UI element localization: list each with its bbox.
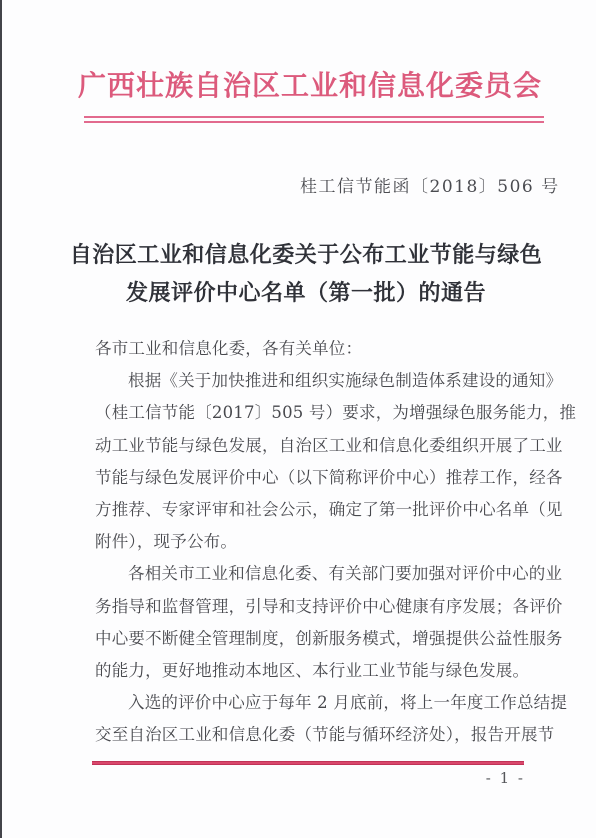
body-line: 各相关市工业和信息化委、有关部门要加强对评价中心的业 xyxy=(95,558,547,590)
scanned-official-document-page: 广西壮族自治区工业和信息化委员会 桂工信节能函〔2018〕506 号 自治区工业… xyxy=(0,0,596,838)
body-line: 附件），现予公布。 xyxy=(95,526,547,558)
body-line: 节能与绿色发展评价中心（以下简称评价中心）推荐工作，经各 xyxy=(95,462,547,494)
body-line: 的能力，更好地推动本地区、本行业工业节能与绿色发展。 xyxy=(95,655,547,687)
notice-title-line-2: 发展评价中心名单（第一批）的通告 xyxy=(40,274,572,312)
document-reference-number: 桂工信节能函〔2018〕506 号 xyxy=(300,172,538,197)
page-number: - 1 - xyxy=(420,769,525,787)
body-line: 方推荐、专家评审和社会公示，确定了第一批评价中心名单（见 xyxy=(95,494,547,526)
notice-title-line-1: 自治区工业和信息化委关于公布工业节能与绿色 xyxy=(40,236,572,274)
letterhead-double-rule xyxy=(84,116,544,123)
scan-edge-line xyxy=(0,0,2,838)
body-line: 交至自治区工业和信息化委（节能与循环经济处），报告开展节 xyxy=(95,719,547,751)
body-line: 务指导和监督管理，引导和支持评价中心健康有序发展；各评价 xyxy=(95,591,547,623)
body-line: 入选的评价中心应于每年 2 月底前，将上一年度工作总结提 xyxy=(95,687,547,719)
notice-body-text: 各市工业和信息化委，各有关单位： 根据《关于加快推进和组织实施绿色制造体系建设的… xyxy=(95,333,547,751)
body-line: 中心要不断健全管理制度，创新服务模式，增强提供公益性服务 xyxy=(95,623,547,655)
body-line: 动工业节能与绿色发展，自治区工业和信息化委组织开展了工业 xyxy=(95,430,547,462)
notice-title: 自治区工业和信息化委关于公布工业节能与绿色 发展评价中心名单（第一批）的通告 xyxy=(40,236,572,312)
footer-rule xyxy=(92,761,524,765)
body-line: （桂工信节能〔2017〕505 号）要求，为增强绿色服务能力，推 xyxy=(95,397,547,429)
body-line: 根据《关于加快推进和组织实施绿色制造体系建设的通知》 xyxy=(95,365,547,397)
agency-letterhead-title: 广西壮族自治区工业和信息化委员会 xyxy=(60,64,560,104)
body-line: 各市工业和信息化委，各有关单位： xyxy=(95,333,547,365)
